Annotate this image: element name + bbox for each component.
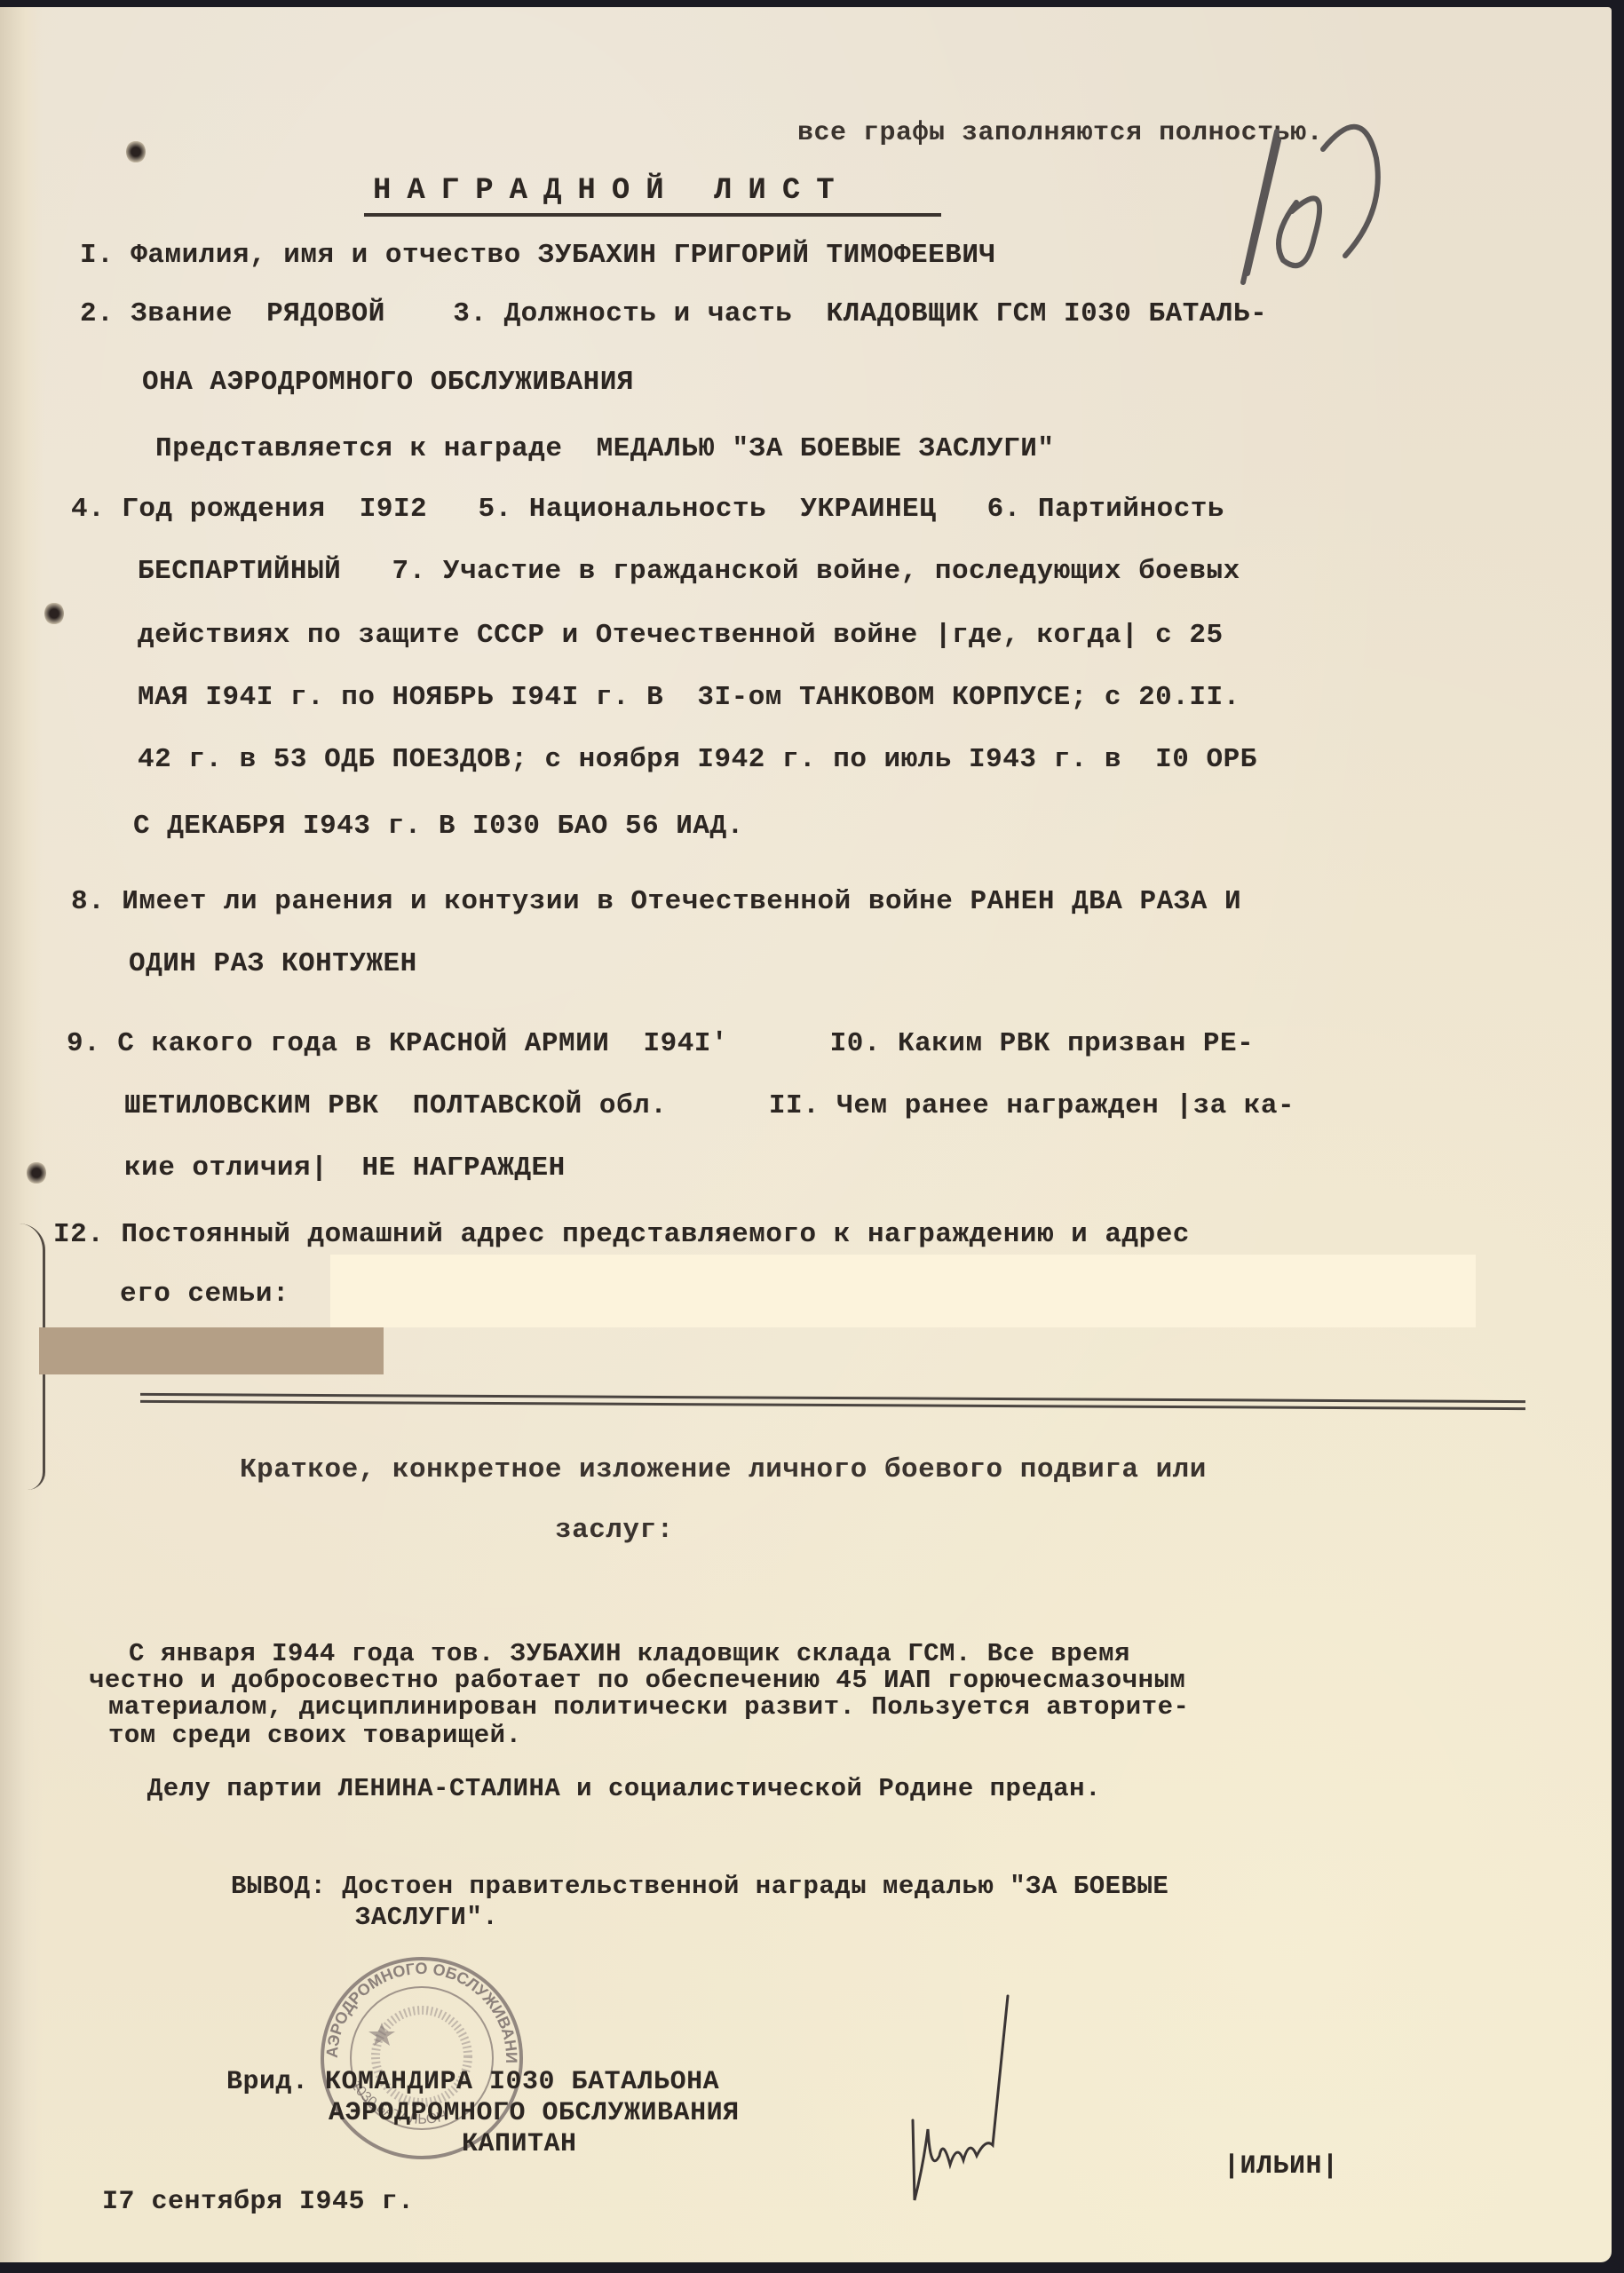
field-prior-awards: кие отличия| НЕ НАГРАЖДЕН xyxy=(124,1152,566,1184)
document-title: НАГРАДНОЙ ЛИСТ xyxy=(373,174,851,208)
document-date: I7 сентября I945 г. xyxy=(102,2187,415,2217)
field-unit-cont: ОНА АЭРОДРОМНОГО ОБСЛУЖИВАНИЯ xyxy=(142,367,634,398)
handwritten-signature xyxy=(888,1987,1101,2218)
field-combat-participation: 42 г. в 53 ОДБ ПОЕЗДОВ; с ноября I942 г.… xyxy=(138,744,1257,775)
field-combat-participation: действиях по защите СССР и Отечественной… xyxy=(138,620,1224,651)
field-rank-position: 2. Звание РЯДОВОЙ 3. Должность и часть К… xyxy=(80,298,1267,329)
feat-text-line: С января I944 года тов. ЗУБАХИН кладовщи… xyxy=(129,1639,1130,1668)
signatory-title: Врид. КОМАНДИРА I030 БАТАЛЬОНА xyxy=(226,2067,719,2097)
field-birth-nationality-party: 4. Год рождения I9I2 5. Национальность У… xyxy=(71,494,1224,525)
feat-text-line: честно и добросовестно работает по обесп… xyxy=(89,1666,1185,1695)
feat-text-line: материалом, дисциплинирован политически … xyxy=(108,1692,1189,1722)
field-wounds: 8. Имеет ли ранения и контузии в Отечест… xyxy=(71,886,1241,917)
field-home-address: I2. Постоянный домашний адрес представля… xyxy=(53,1219,1190,1250)
redacted-address xyxy=(330,1255,1476,1327)
signatory-name: |ИЛЬИН| xyxy=(1224,2151,1339,2182)
feat-text-line: том среди своих товарищей. xyxy=(108,1721,521,1750)
field-wounds-cont: ОДИН РАЗ КОНТУЖЕН xyxy=(129,948,417,979)
feat-heading: Краткое, конкретное изложение личного бо… xyxy=(240,1454,1207,1485)
conclusion: ВЫВОД: Достоен правительственной награды… xyxy=(231,1872,1168,1901)
feat-heading: заслуг: xyxy=(555,1515,674,1546)
pencil-number-annotation xyxy=(1208,105,1430,300)
title-underline xyxy=(364,213,941,217)
punch-hole xyxy=(44,602,64,625)
field-full-name: I. Фамилия, имя и отчество ЗУБАХИН ГРИГО… xyxy=(80,240,996,271)
award-sheet-page: все графы заполняются полностью. НАГРАДН… xyxy=(0,7,1612,2262)
field-family-address: его семьи: xyxy=(120,1279,289,1310)
signatory-title: АЭРОДРОМНОГО ОБСЛУЖИВАНИЯ xyxy=(329,2098,740,2128)
punch-hole xyxy=(27,1161,46,1184)
field-combat-participation: МАЯ I94I г. по НОЯБРЬ I94I г. В 3I-ом ТА… xyxy=(138,682,1240,713)
field-rvk-prior-awards: ШЕТИЛОВСКИМ РВК ПОЛТАВСКОЙ обл. II. Чем … xyxy=(124,1090,1295,1121)
field-combat-participation: С ДЕКАБРЯ I943 г. В I030 БАО 56 ИАД. xyxy=(133,811,744,842)
conclusion: ЗАСЛУГИ". xyxy=(355,1903,498,1932)
field-army-since-rvk: 9. С какого года в КРАСНОЙ АРМИИ I94I' I… xyxy=(67,1028,1254,1059)
signatory-rank: КАПИТАН xyxy=(462,2129,577,2159)
punch-hole xyxy=(126,140,146,163)
feat-text-line: Делу партии ЛЕНИНА-СТАЛИНА и социалистич… xyxy=(115,1774,1101,1803)
field-combat-participation: БЕСПАРТИЙНЫЙ 7. Участие в гражданской во… xyxy=(138,556,1240,587)
field-award-nominated: Представляется к награде МЕДАЛЬЮ "ЗА БОЕ… xyxy=(155,433,1054,464)
redacted-address-block xyxy=(39,1327,384,1374)
